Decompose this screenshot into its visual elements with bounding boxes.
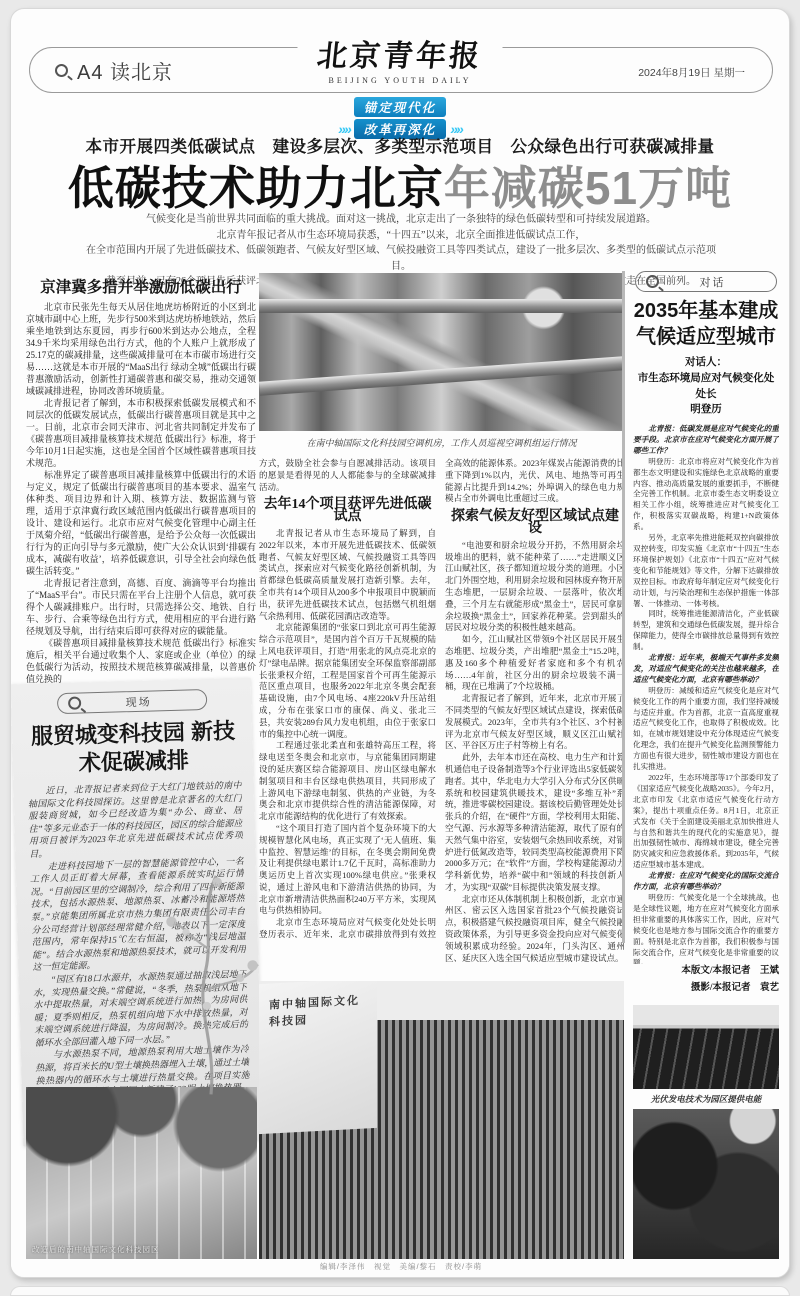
dialog-tag-pill: 对话 — [635, 271, 777, 292]
subhead-climate-friendly: 探索气候友好型区域试点建设 — [445, 511, 625, 535]
slogan-line1: 锚定现代化 — [354, 97, 447, 117]
search-icon — [646, 275, 659, 288]
masthead-subtitle: BEIJING YOUTH DAILY — [318, 76, 483, 85]
answer: 2022年，生态环境部等17个部委印发了《国家适应气候变化战略2035》。今年2… — [633, 773, 779, 871]
paragraph: 全高效的能源体系。2023年煤炭占能源消费的比重下降到1%以内，光伏、风电、地热… — [445, 458, 625, 505]
dialog-column: 对话 2035年基本建成 气候适应型城市 对话人： 市生态环境局应对气候变化处处… — [633, 271, 779, 964]
paragraph: 此外，去年本市还在高校、电力生产和计算机通信电子设备制造等3个行业评选出5家低碳… — [445, 752, 625, 894]
left-article-title: 京津冀多措并举激励低碳出行 — [26, 275, 256, 297]
paragraph: “电池要和厨余垃圾分开扔，不然用厨余垃圾堆出的肥料，就不能种菜了……”走进顺义区… — [445, 540, 625, 634]
paragraph: 北京能源集团的“张家口到北京可再生能源综合示范项目”，是国内首个百万千瓦规模的陆… — [259, 622, 436, 740]
scene-title: 服贸城变科技园 新技术促碳减排 — [26, 717, 241, 778]
masthead-title: 北京青年报 — [315, 31, 485, 75]
lede-line: 北京青年报记者从市生态环境局获悉，“十四五”以来，北京全面推进低碳试点工作， — [81, 228, 721, 244]
newspaper-page: A4 读北京 北京青年报 BEIJING YOUTH DAILY 2024年8月… — [10, 8, 790, 1278]
dialog-tag-label: 对话 — [659, 274, 766, 290]
text-credit: 本版文/本报记者 王斌 — [633, 963, 779, 980]
question: 北青报：在应对气候变化的国际交流合作方面，北京有哪些举动？ — [633, 871, 779, 893]
masthead: 北京青年报 BEIJING YOUTH DAILY — [298, 31, 503, 85]
search-icon — [55, 64, 68, 77]
solar-photo-caption: 光伏发电技术为园区提供电能 — [633, 1093, 779, 1105]
mid-column-a: 方式，鼓励全社会参与自愿减排活动。该项目的愿景是看得见的人人都能参与的全球碳减排… — [259, 458, 436, 938]
scene-tag-label: 现场 — [81, 692, 196, 711]
solar-panels-photo — [633, 1005, 779, 1089]
pipe-graphic — [259, 299, 624, 313]
paragraph: 近日，北青报记者来到位于大红门地铁站的南中轴国际文化科技园探访。这里曾是北京著名… — [27, 779, 243, 861]
footer-credits: 编辑/李泽伟 视觉 美编/黎石 责校/李萌 — [11, 1261, 790, 1272]
speaker-label: 对话人： — [633, 355, 779, 371]
answer: 同时，统筹推进能源清洁化，产业低碳转型，建筑和交通绿色低碳发展，提升综合保障能力… — [633, 609, 779, 653]
question: 北青报：低碳发展是应对气候变化的重要手段。北京市在应对气候变化方面开展了哪些工作… — [633, 424, 779, 457]
speaker-title: 市生态环境局应对气候变化处处长 — [633, 371, 779, 403]
answer: 另外，北京率先推进能耗双控向碳排放双控转变，印发实施《北京市“十四五”生态环境保… — [633, 533, 779, 609]
foliage-photo — [633, 1109, 779, 1259]
lede-line: 气候变化是当前世界共同面临的重大挑战。面对这一挑战，北京走出了一条独特的绿色低碳… — [81, 212, 721, 228]
scene-tag-pill: 现场 — [57, 689, 208, 714]
search-icon — [68, 696, 81, 709]
subhead-low-carbon-pilots: 去年14个项目获评先进低碳试点 — [259, 499, 436, 523]
paragraph: 方式，鼓励全社会参与自愿减排活动。该项目的愿景是看得见的人人都能参与的全球碳减排… — [259, 458, 436, 493]
building-photo: 南中轴国际文化科技园 — [259, 981, 624, 1259]
mid-column-b: 全高效的能源体系。2023年煤炭占能源消费的比重下降到1%以内，光伏、风电、地热… — [445, 458, 625, 978]
park-building-photo: 改造后的南中轴国际文化科技园区 — [26, 1087, 257, 1259]
main-headline: 低碳技术助力北京年减碳51万吨 — [11, 152, 789, 218]
park-photo-overlay-caption: 改造后的南中轴国际文化科技园区 — [32, 1244, 160, 1255]
machinery-photo-caption: 在南中轴国际文化科技园空调机房，工作人员巡视空调机组运行情况 — [259, 436, 624, 449]
answer: 明登历：北京市将应对气候变化作为首都生态文明建设和实施绿色北京战略的重要内容、推… — [633, 457, 779, 533]
machinery-photo — [259, 273, 624, 431]
paragraph: 如今，江山赋社区带领9个社区居民开展生态堆肥、垃圾分类，产出堆肥“黑金土”15.… — [445, 634, 625, 693]
paragraph: “这个项目打造了国内首个复杂环境下的大规模智慧化风电场，真正实现了‘无人值班、集… — [259, 823, 436, 917]
question: 北青报：近年来，极端天气事件多发频发，对适应气候变化的关注也越来越多，在适应气候… — [633, 653, 779, 686]
paragraph: 北京市民张先生每天从居住地虎坊桥附近的小区到北京城市副中心上班，先步行500米到… — [26, 301, 256, 397]
building-sign: 南中轴国际文化科技园 — [259, 981, 377, 1134]
answer: 明登历：减缓和适应气候变化是应对气候变化工作的两个重要方面，我们坚持减缓与适应并… — [633, 686, 779, 773]
pipe-graphic — [259, 356, 624, 395]
speaker-name: 明登历 — [633, 402, 779, 418]
paragraph: 北京市还从体制机制上积极创新，北京市通州区、密云区入选国家首批23个气候投融资试… — [445, 894, 625, 965]
next-page-edge — [10, 1286, 790, 1296]
headline-gray: 年减碳51万吨 — [444, 162, 732, 214]
dialog-title: 2035年基本建成 气候适应型城市 — [633, 298, 779, 350]
paragraph: 北青报记者了解到，近年来，北京市开展了不同类型的气候友好型区域试点建设，探索低碳… — [445, 693, 625, 752]
column-divider — [622, 271, 625, 943]
plum-blossom-decoration — [159, 865, 263, 1095]
paragraph: 北京市生态环境局应对气候变化处处长明登历表示，近年来，北京市碳排放得到有效控制，… — [259, 917, 436, 938]
dialog-body: 北青报：低碳发展是应对气候变化的重要手段。北京市在应对气候变化方面开展了哪些工作… — [633, 424, 779, 964]
paragraph: 标准界定了碳普惠项目减排量核算中低碳出行的术语与定义，规定了低碳出行碳普惠项目的… — [26, 469, 256, 577]
paragraph: 工程通过张北柔直和张雄特高压工程，将绿电送至冬奥会和北京市，与京能集团同期建设的… — [259, 740, 436, 823]
answer: 明登历：气候变化是一个全球挑战，也是全球性议题，地方在应对气候变化方面承担非常重… — [633, 893, 779, 964]
paragraph: 北青报记者了解到，本市积极探索低碳发展模式和不同层次的低碳发展试点，低碳出行碳普… — [26, 397, 256, 469]
paragraph: 北青报记者注意到，高德、百度、滴滴等平台均推出了“MaaS平台”。市民只需在平台… — [26, 577, 256, 637]
byline-credits: 本版文/本报记者 王斌 摄影/本报记者 袁艺 — [633, 963, 779, 997]
headline-black: 低碳技术助力北京 — [68, 162, 444, 214]
section-label-group: A4 读北京 — [55, 57, 173, 83]
section-label: A4 读北京 — [77, 56, 173, 85]
photo-credit: 摄影/本报记者 袁艺 — [633, 980, 779, 997]
left-article-body: 北京市民张先生每天从居住地虎坊桥附近的小区到北京城市副中心上班，先步行500米到… — [26, 301, 256, 687]
lede-line: 在全市范围内开展了先进低碳技术、低碳领跑者、气候友好型区域、气候投融资工具等四类… — [81, 243, 721, 274]
issue-date: 2024年8月19日 星期一 — [638, 65, 745, 80]
paragraph: 北青报记者从市生态环境局了解到，自2022年以来，本市开展先进低碳技术、低碳领跑… — [259, 528, 436, 622]
dialog-speaker: 对话人： 市生态环境局应对气候变化处处长 明登历 — [633, 355, 779, 418]
